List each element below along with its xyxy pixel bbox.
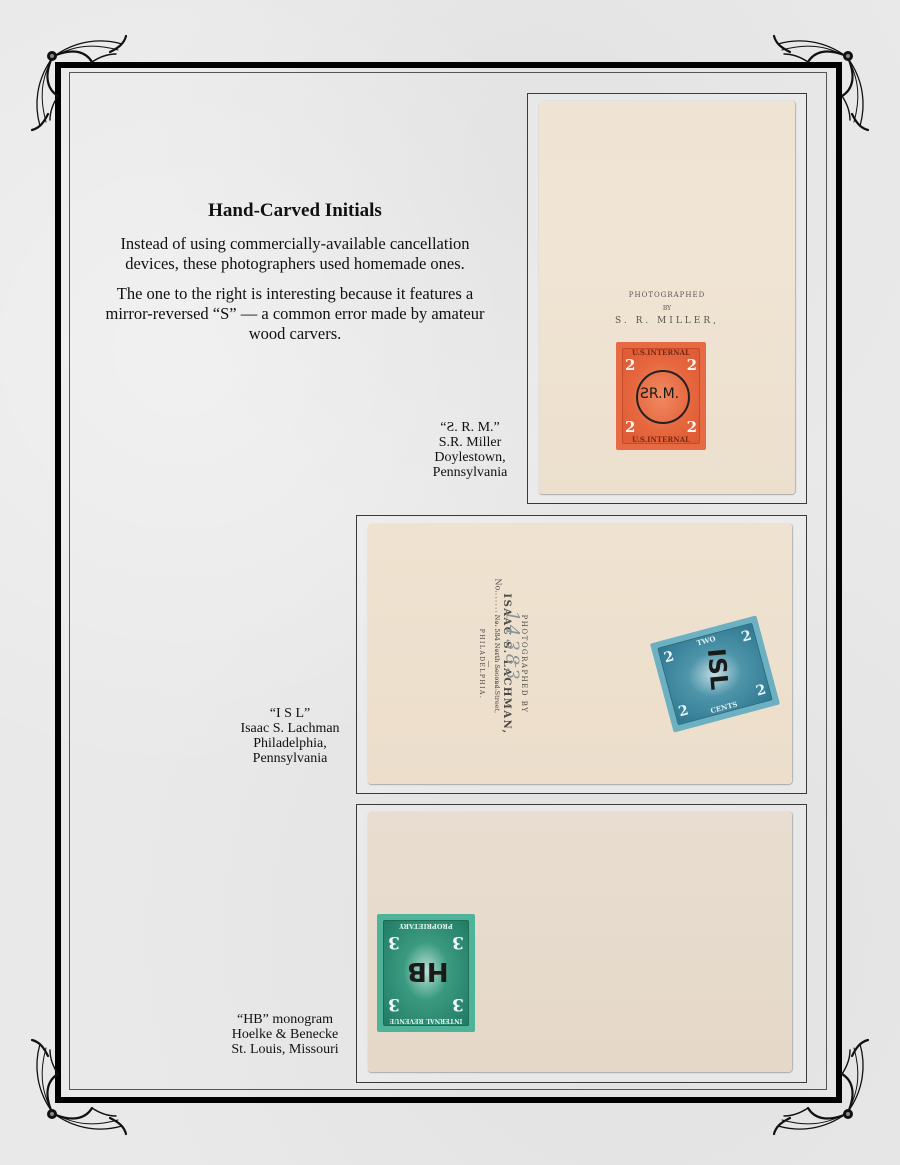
corner-flourish-icon: [26, 1030, 136, 1140]
intro-paragraph: The one to the right is interesting beca…: [95, 284, 495, 344]
intro-section: Hand-Carved Initials Instead of using co…: [95, 200, 495, 354]
item-caption: “I S L” Isaac S. Lachman Philadelphia, P…: [215, 706, 365, 766]
revenue-stamp: PROPRIETARY INTERNAL REVENUE 3 3 3 3 HB: [377, 914, 475, 1032]
page-title: Hand-Carved Initials: [95, 200, 495, 222]
revenue-stamp: TWO CENTS 2 2 2 2 ISL: [650, 615, 780, 732]
item-caption: “Ƨ. R. M.” S.R. Miller Doylestown, Penns…: [405, 420, 535, 480]
state: Pennsylvania: [215, 751, 365, 766]
photographer-imprint: PHOTOGRAPHED BY S. R. MILLER,: [539, 291, 795, 326]
cancel-name: “I S L”: [215, 706, 365, 721]
carte-de-visite-back: PHOTOGRAPHED BY — ISAAC S. LACHMAN, No. …: [368, 524, 792, 784]
photographer-imprint: PHOTOGRAPHED BY — ISAAC S. LACHMAN, No. …: [458, 584, 608, 714]
photographer-name: Hoelke & Benecke: [210, 1027, 360, 1042]
photographer-name: Isaac S. Lachman: [215, 721, 365, 736]
city: Doylestown,: [405, 450, 535, 465]
cancel-text: ISL: [702, 647, 734, 691]
cancel-name: “Ƨ. R. M.”: [405, 420, 535, 435]
state: Pennsylvania: [405, 465, 535, 480]
carte-de-visite-back: PHOTOGRAPHED BY S. R. MILLER, U.S.INTERN…: [539, 101, 795, 494]
city: St. Louis, Missouri: [210, 1042, 360, 1057]
cancel-name: “HB” monogram: [210, 1012, 360, 1027]
intro-paragraph: Instead of using commercially-available …: [95, 234, 495, 274]
item-caption: “HB” monogram Hoelke & Benecke St. Louis…: [210, 1012, 360, 1057]
handwritten-number: 14383: [502, 610, 523, 682]
cancel-text: ƧR.M.: [640, 386, 679, 402]
photographer-name: S.R. Miller: [405, 435, 535, 450]
corner-flourish-icon: [26, 30, 136, 140]
city: Philadelphia,: [215, 736, 365, 751]
cancel-text: HB: [407, 956, 449, 986]
carte-de-visite-back: PROPRIETARY INTERNAL REVENUE 3 3 3 3 HB: [368, 812, 792, 1072]
revenue-stamp: U.S.INTERNAL U.S.INTERNAL 2 2 2 2 ƧR.M.: [616, 342, 706, 450]
